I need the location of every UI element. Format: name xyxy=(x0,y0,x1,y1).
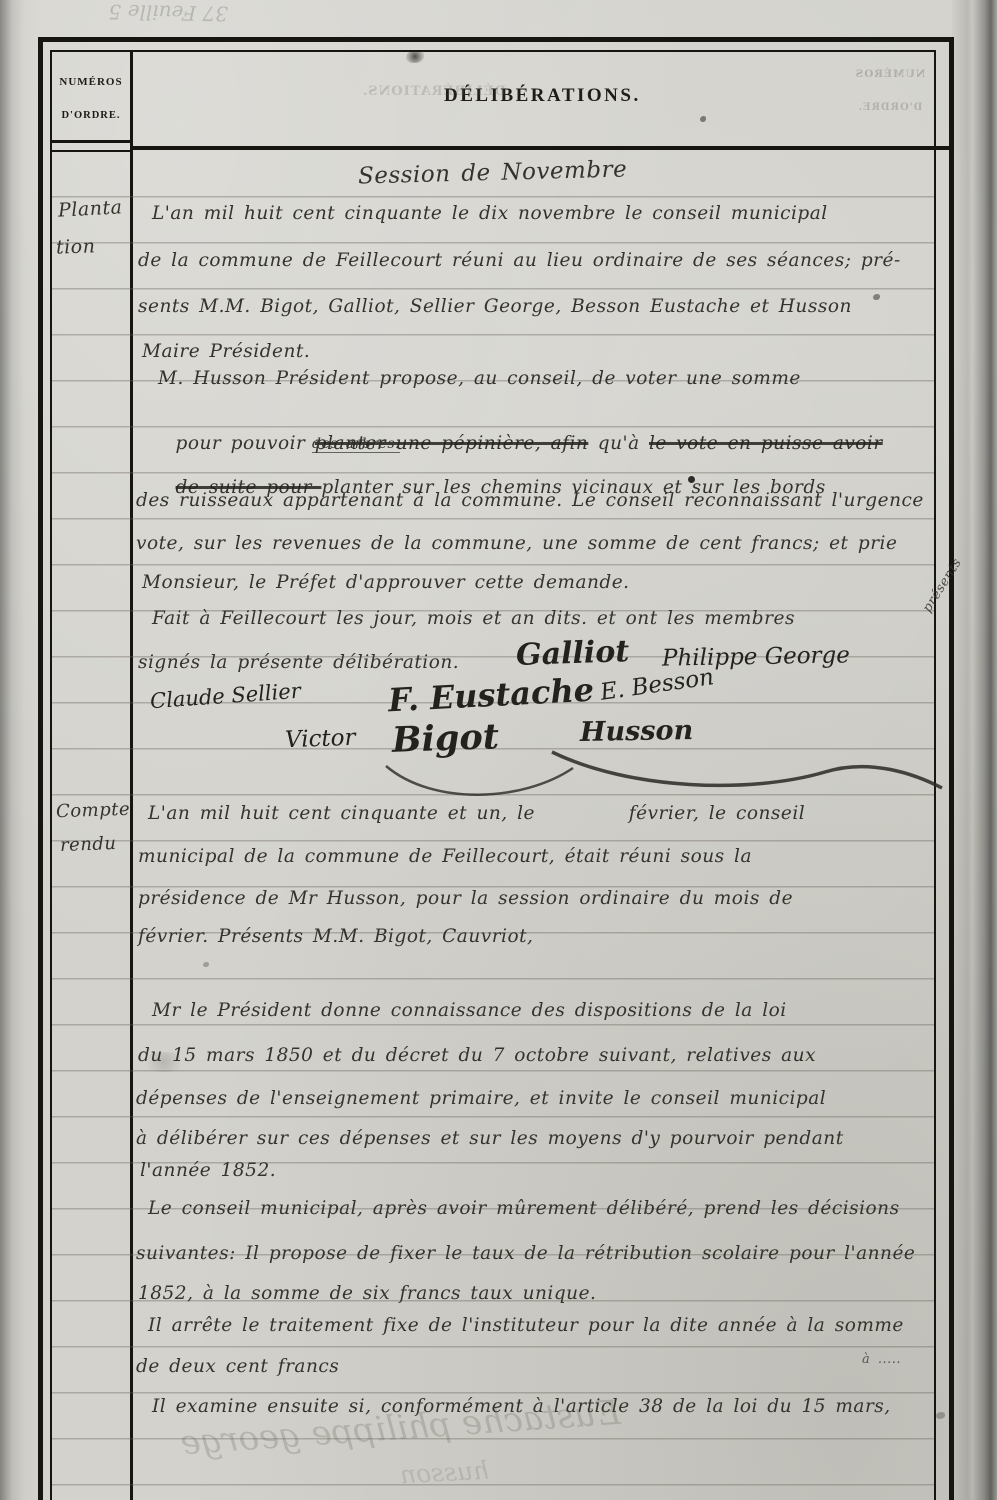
handwritten-line: Mr le Président donne connaissance des d… xyxy=(152,1000,787,1021)
signature-bigot: Bigot xyxy=(391,716,499,761)
ghost-order-numbers-line1: NUMÉROS xyxy=(845,68,935,80)
handwritten-line: L'an mil huit cent cinquante le dix nove… xyxy=(152,203,828,224)
handwritten-line: sents M.M. Bigot, Galliot, Sellier Georg… xyxy=(138,296,852,317)
handwritten-line: des ruisseaux appartenant à la commune. … xyxy=(136,490,924,511)
header-rule-main xyxy=(133,146,949,150)
signature-victor: Victor xyxy=(285,725,356,753)
paper-stain xyxy=(936,1412,945,1419)
ink-blot xyxy=(688,476,695,483)
ghost-title-bleedthrough: DÉLIBÉRATIONS. xyxy=(362,84,506,99)
order-numbers-label-line1: NUMÉROS xyxy=(52,76,130,88)
scan-left-edge-shadow xyxy=(0,0,40,1500)
text-segment: qu'à xyxy=(588,433,649,454)
margin-note-compte-line1: Compte xyxy=(56,799,131,823)
handwritten-line: suivantes: Il propose de fixer le taux d… xyxy=(136,1243,915,1264)
handwritten-line: 1852, à la somme de six francs taux uniq… xyxy=(138,1283,596,1304)
binding-gutter xyxy=(952,0,997,1500)
signature-flourish-husson xyxy=(540,738,950,798)
handwritten-line: présidence de Mr Husson, pour la session… xyxy=(138,888,793,909)
paper-smudge xyxy=(140,1052,188,1072)
order-numbers-label-line2: D'ORDRE. xyxy=(52,110,130,121)
paper-stain xyxy=(700,116,706,122)
margin-note-compte-line2: rendu xyxy=(60,833,117,856)
signature-galliot: Galliot xyxy=(515,634,629,673)
paper-stain xyxy=(406,50,424,63)
handwritten-line: L'an mil huit cent cinquante et un, le f… xyxy=(148,803,805,824)
header-rule-margin-a xyxy=(52,140,130,143)
ghost-bottom-signature2: husson xyxy=(399,1456,489,1490)
handwritten-line: dépenses de l'enseignement primaire, et … xyxy=(136,1088,826,1109)
struck-text-segment: le vote en puisse avoir xyxy=(649,433,883,454)
handwritten-line: M. Husson Président propose, au conseil,… xyxy=(158,368,801,389)
ghost-order-numbers-line2: D'ORDRE. xyxy=(845,102,935,113)
interlinear-insertion: des arbres. xyxy=(312,436,400,453)
handwritten-line: février. Présents M.M. Bigot, Cauvriot, xyxy=(138,926,533,947)
margin-note-plantation-line1: Planta xyxy=(57,196,122,221)
handwritten-line: municipal de la commune de Feillecourt, … xyxy=(138,846,752,867)
handwritten-line: du 15 mars 1850 et du décret du 7 octobr… xyxy=(138,1045,816,1066)
document-page: NUMÉROS D'ORDRE. DÉLIBÉRATIONS. DÉLIBÉRA… xyxy=(0,0,997,1500)
margin-note-plantation-line2: tion xyxy=(56,235,96,258)
frame-top-inner xyxy=(50,50,936,52)
handwritten-line: à délibérer sur ces dépenses et sur les … xyxy=(136,1128,844,1149)
header-rule-margin-b xyxy=(52,150,130,152)
frame-top-outer xyxy=(38,37,954,42)
marginal-dots-note: à ..... xyxy=(862,1352,901,1367)
frame-left-outer xyxy=(38,37,43,1500)
handwritten-line: de deux cent francs xyxy=(136,1356,339,1377)
ghost-folio-note: 37 Feuille 5 xyxy=(18,0,228,26)
handwritten-line: de la commune de Feillecourt réuni au li… xyxy=(138,250,901,271)
handwritten-line: Il arrête le traitement fixe de l'instit… xyxy=(148,1315,904,1336)
handwritten-line: signés la présente délibération. xyxy=(138,652,459,673)
handwritten-line: Il examine ensuite si, conformément à l'… xyxy=(152,1396,891,1417)
handwritten-line: Le conseil municipal, après avoir mûreme… xyxy=(148,1198,900,1219)
handwritten-line: Maire Président. xyxy=(142,341,310,362)
handwritten-line: l'année 1852. xyxy=(140,1160,276,1181)
handwritten-line: Monsieur, le Préfet d'approuver cette de… xyxy=(142,572,630,593)
handwritten-line: vote, sur les revenues de la commune, un… xyxy=(136,533,897,554)
handwritten-line: Fait à Feillecourt les jour, mois et an … xyxy=(152,608,795,629)
text-segment: pour pouvoir xyxy=(176,433,315,454)
